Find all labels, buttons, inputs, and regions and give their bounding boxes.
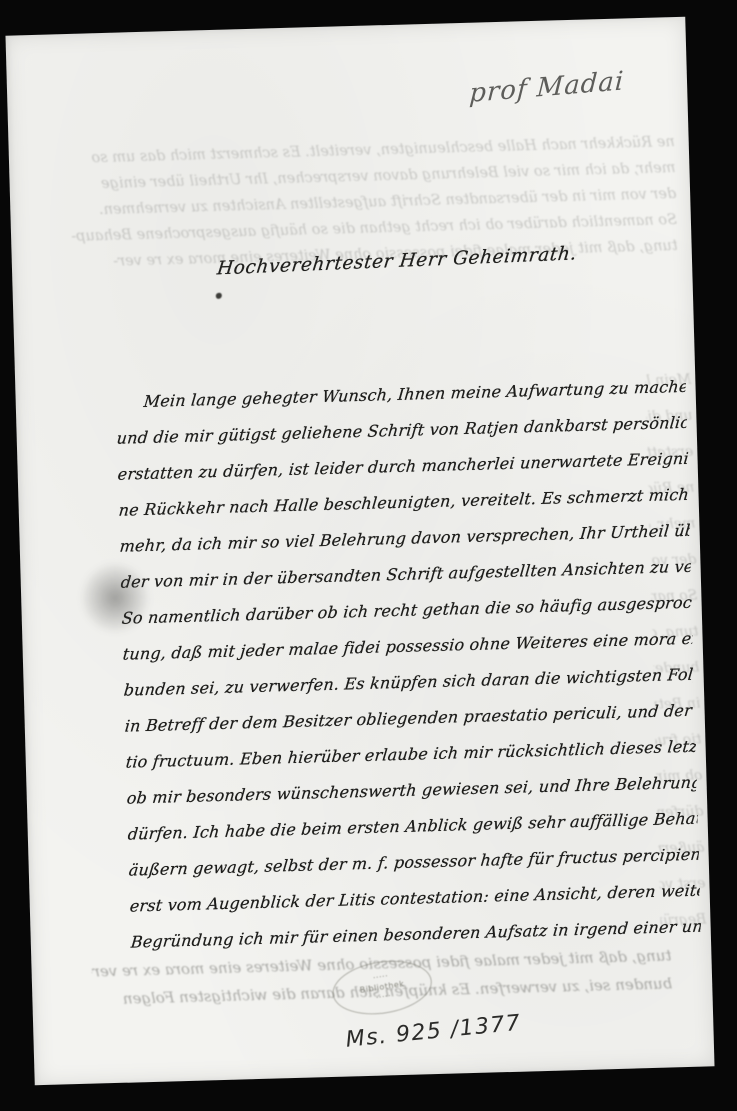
- ink-dot: [216, 293, 222, 299]
- shelfmark: Ms. 925 /1377: [345, 1011, 523, 1053]
- letter-body: Mein lange gehegter Wunsch, Ihnen meine …: [115, 369, 701, 961]
- letter-page: ne Rückkehr nach Halle beschleunigten, v…: [5, 17, 714, 1086]
- paper-smudge: [78, 560, 152, 636]
- scan-background: ne Rückkehr nach Halle beschleunigten, v…: [0, 0, 737, 1111]
- stamp-text-line: ·····: [375, 991, 392, 1003]
- pencil-annotation: prof Madai: [468, 66, 624, 109]
